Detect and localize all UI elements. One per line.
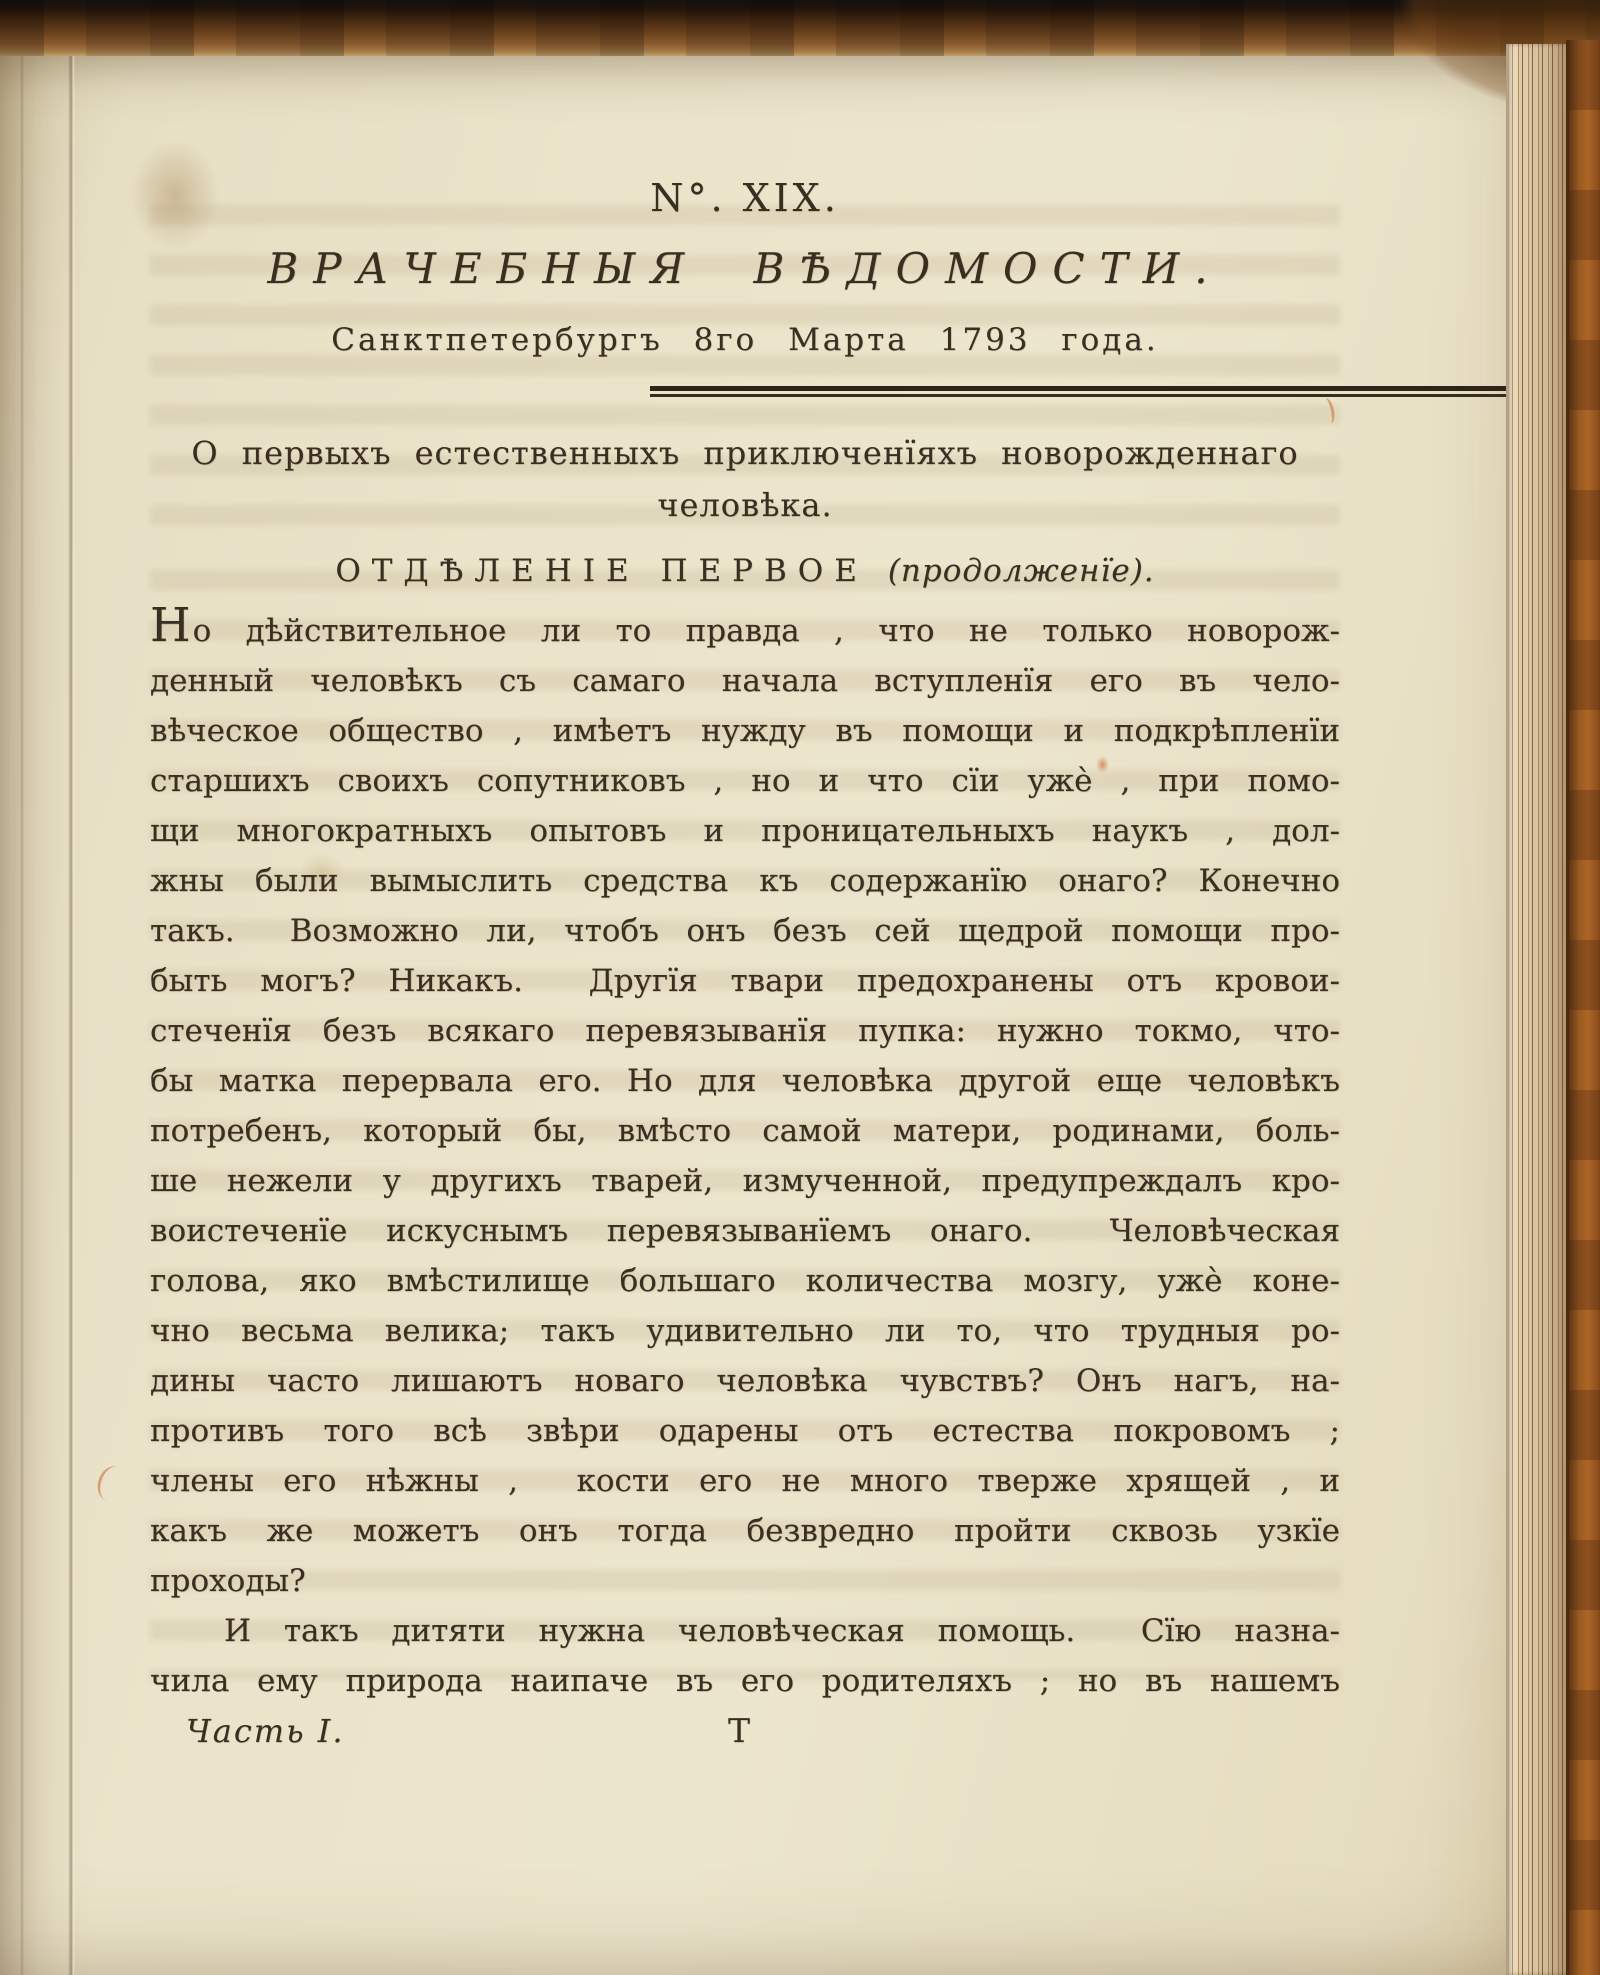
book-photo: N°. XIX. ВРАЧЕБНЫЯ ВѢДОМОСТИ. Санктпетер… [0, 0, 1600, 1975]
book-fore-edge-leather [1566, 40, 1600, 1975]
text-line: дины часто лишаютъ новаго человѣка чувст… [150, 1356, 1340, 1406]
text-line: чила ему природа наипаче въ его родителя… [150, 1656, 1340, 1706]
text-line: И такъ дитяти нужна человѣческая помощь.… [150, 1606, 1340, 1656]
text-line: ше нежели у другихъ тварей, измученной, … [150, 1156, 1340, 1206]
section-heading-note: (продолженїе). [888, 553, 1155, 589]
journal-title: ВРАЧЕБНЫЯ ВѢДОМОСТИ. [150, 244, 1340, 293]
text-line: потребенъ, который бы, вмѣсто самой мате… [150, 1106, 1340, 1156]
body-text: Но дѣйствительное ли то правда , что не … [150, 606, 1340, 1706]
page-edge-line [20, 44, 24, 1975]
book-top-edge-leather [0, 0, 1600, 56]
text-line: чно весьма велика; такъ удивительно ли т… [150, 1306, 1340, 1356]
dateline: Санктпетербургъ 8го Марта 1793 года. [150, 322, 1340, 358]
text-line: стеченїя безъ всякаго перевязыванїя пупк… [150, 1006, 1340, 1056]
text-line: денный человѣкъ съ самаго начала вступле… [150, 656, 1340, 706]
article-heading-line1: О первыхъ естественныхъ приключенїяхъ но… [150, 434, 1340, 472]
text-line: Но дѣйствительное ли то правда , что не … [150, 606, 1340, 656]
text-line: противъ того всѣ звѣри одарены отъ естес… [150, 1406, 1340, 1456]
text-line: члены его нѣжны , кости его не много тве… [150, 1456, 1340, 1506]
issue-number: N°. XIX. [150, 176, 1340, 220]
article-heading-line2: человѣка. [150, 486, 1340, 524]
page-footer: Часть I. Т [150, 1706, 1340, 1756]
gutter-crease [68, 44, 75, 1975]
double-rule [650, 386, 1600, 398]
text-line: какъ же можетъ онъ тогда безвредно пройт… [150, 1506, 1340, 1556]
text-line: голова, яко вмѣстилище большаго количест… [150, 1256, 1340, 1306]
text-line: щи многократныхъ опытовъ и проницательны… [150, 806, 1340, 856]
text-line: воистеченїе искуснымъ перевязыванїемъ он… [150, 1206, 1340, 1256]
text-line: быть могъ? Никакъ. Другїя твари предохра… [150, 956, 1340, 1006]
text-line: старшихъ своихъ сопутниковъ , но и что с… [150, 756, 1340, 806]
text-line: жны были вымыслить средства къ содержанї… [150, 856, 1340, 906]
signature-mark: Т [728, 1706, 750, 1756]
part-label: Часть I. [186, 1706, 344, 1756]
text-line: проходы? [150, 1556, 1340, 1606]
section-heading-caps: ОТДѢЛЕНІЕ ПЕРВОЕ [335, 553, 868, 589]
text-line: вѣческое общество , имѣетъ нужду въ помо… [150, 706, 1340, 756]
text-line: бы матка перервала его. Но для человѣка … [150, 1056, 1340, 1106]
section-heading: ОТДѢЛЕНІЕ ПЕРВОЕ(продолженїе). [150, 553, 1340, 589]
text-line: такъ. Возможно ли, чтобъ онъ безъ сей ще… [150, 906, 1340, 956]
page-fore-edge-stack [1506, 44, 1568, 1975]
